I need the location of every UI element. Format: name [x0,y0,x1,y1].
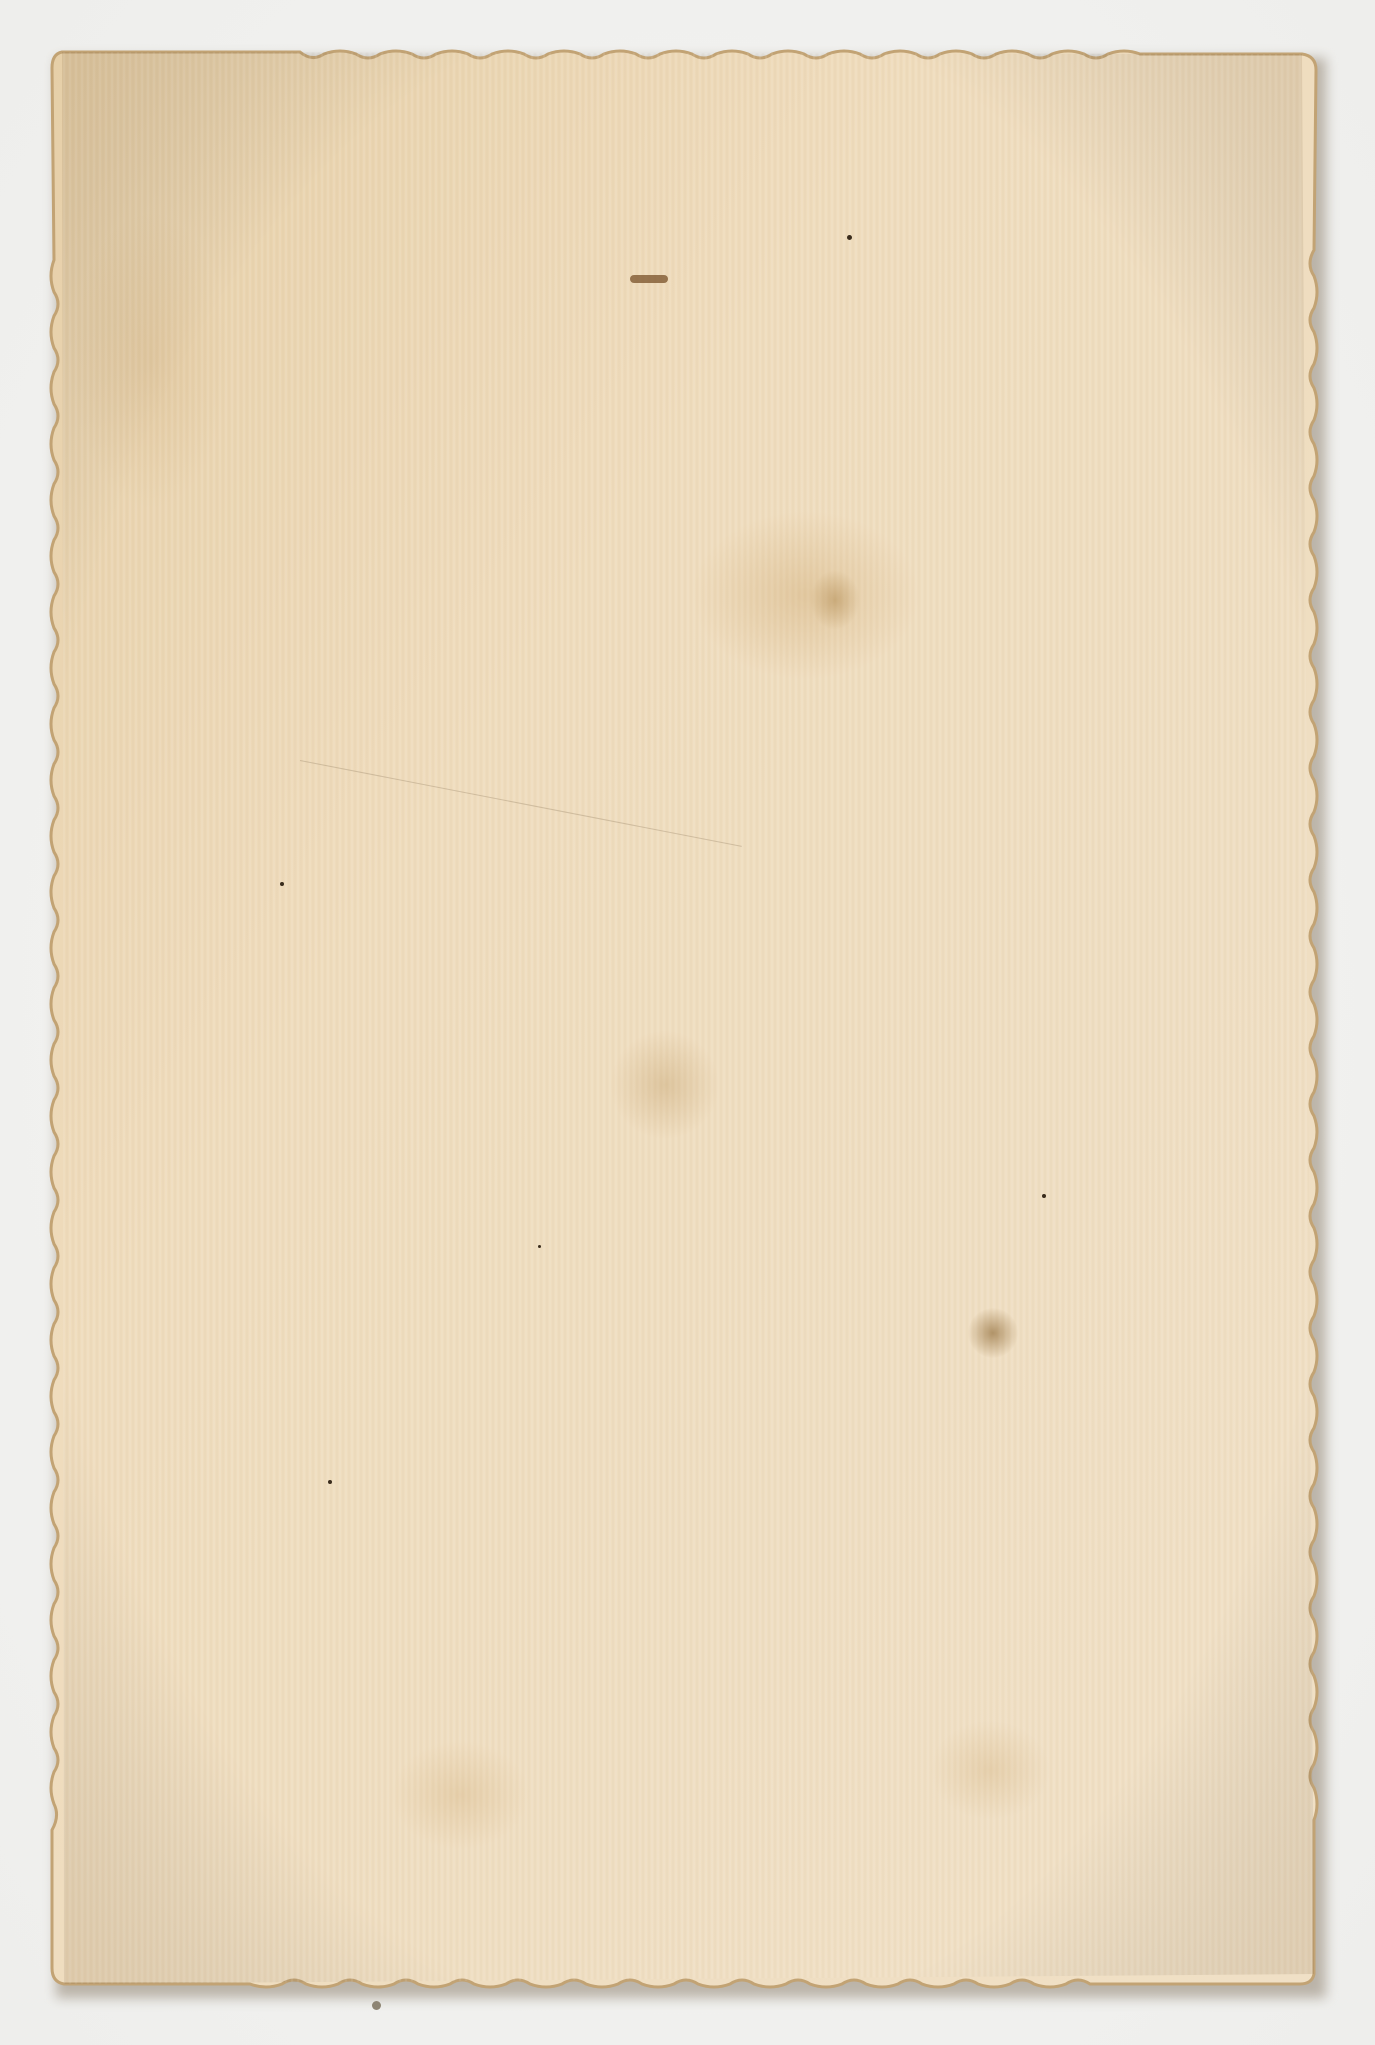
speck [1042,1194,1046,1198]
card-shape [50,50,1318,1987]
speck [538,1245,541,1248]
card-back [50,50,1318,1987]
dust-spot [372,2001,381,2010]
speck [847,235,852,240]
speck [328,1480,332,1484]
speck [280,882,284,886]
